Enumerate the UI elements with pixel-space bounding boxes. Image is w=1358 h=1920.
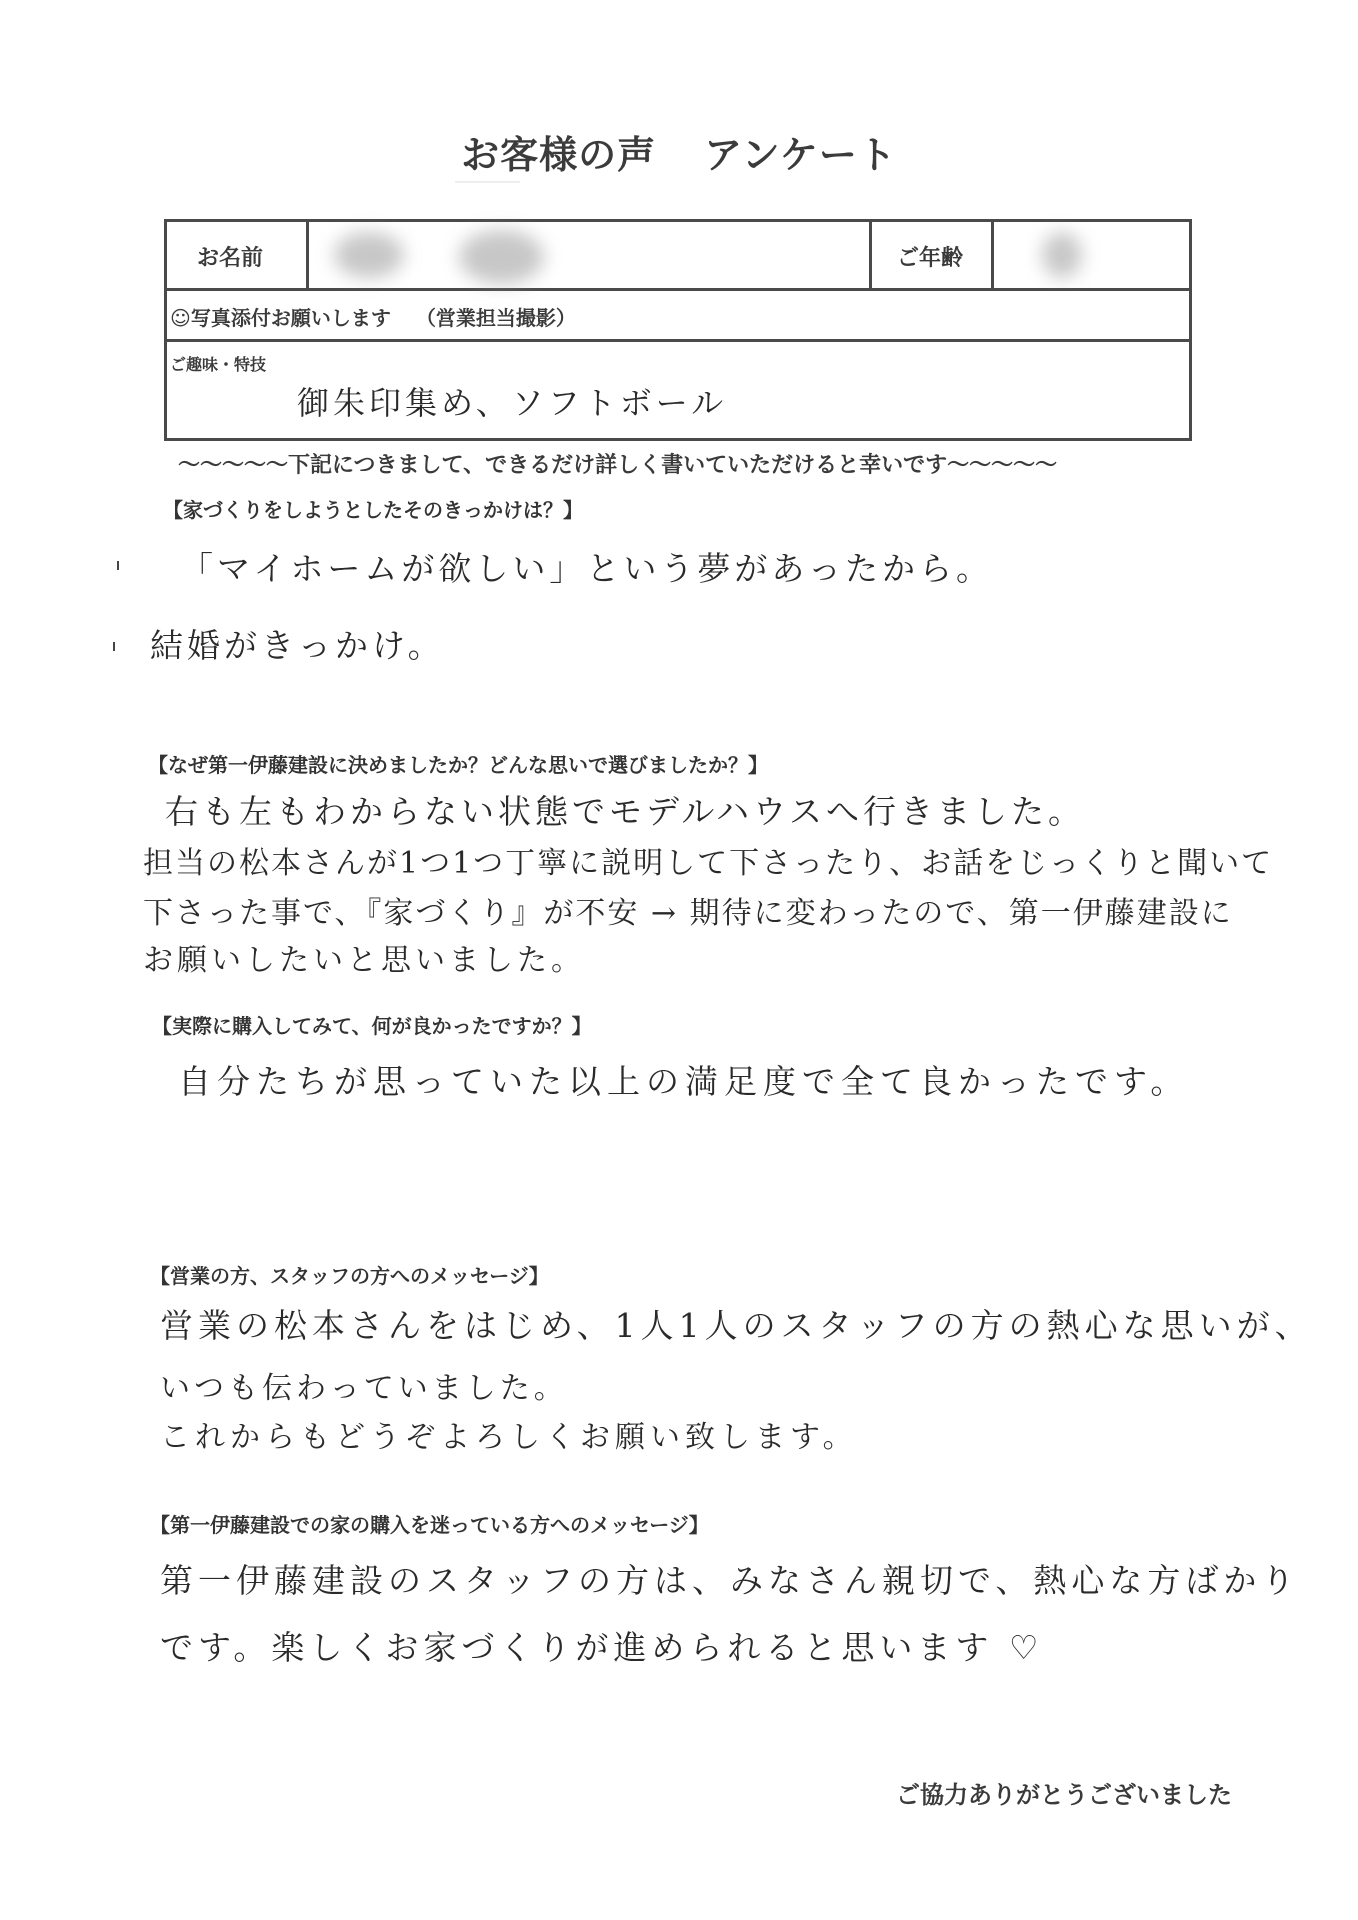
row-divider bbox=[167, 288, 1189, 291]
answer-line: これからもどうぞよろしくお願い致します。 bbox=[160, 1412, 858, 1456]
section-heading-what-was-good: 【実際に購入してみて、何が良かったですか？】 bbox=[152, 1010, 592, 1039]
photo-request-note: ☺写真添付お願いします （営業担当撮影） bbox=[170, 302, 576, 331]
column-divider bbox=[869, 222, 872, 288]
thank-you-footer: ご協力ありがとうございました bbox=[896, 1775, 1232, 1810]
bullet-mark bbox=[113, 642, 115, 651]
section-heading-message-to-staff: 【営業の方、スタッフの方へのメッセージ】 bbox=[150, 1260, 549, 1289]
age-label: ご年齢 bbox=[897, 241, 963, 272]
answer-line: 第一伊藤建設のスタッフの方は、みなさん親切で、熱心な方ばかり bbox=[160, 1555, 1299, 1602]
hobby-value: 御朱印集め、ソフトボール bbox=[297, 378, 727, 424]
redacted-age bbox=[1042, 232, 1082, 278]
section-heading-motivation: 【家づくりをしようとしたそのきっかけは？】 bbox=[163, 494, 583, 523]
answer-line: 「マイホームが欲しい」という夢があったから。 bbox=[180, 543, 993, 590]
age-field[interactable] bbox=[994, 222, 1189, 288]
bullet-mark bbox=[117, 561, 119, 570]
title-customer-voice: お客様の声 bbox=[461, 133, 656, 177]
survey-title: お客様の声アンケート bbox=[0, 124, 1358, 179]
section-heading-message-to-prospects: 【第一伊藤建設での家の購入を迷っている方へのメッセージ】 bbox=[150, 1509, 709, 1538]
section-heading-why-chosen: 【なぜ第一伊藤建設に決めましたか？どんな思いで選びましたか？】 bbox=[148, 749, 768, 778]
answer-line: 右も左もわからない状態でモデルハウスへ行きました。 bbox=[165, 786, 1085, 833]
answer-line: 結婚がきっかけ。 bbox=[150, 620, 445, 667]
photo-note-label: ☺写真添付お願いします bbox=[170, 306, 391, 330]
redacted-name-part bbox=[459, 230, 544, 284]
photo-note-sub: （営業担当撮影） bbox=[416, 306, 576, 330]
customer-info-form: お名前 ご年齢 ☺写真添付お願いします （営業担当撮影） ご趣味・特技 御朱印集… bbox=[164, 219, 1192, 441]
answer-line: です。楽しくお家づくりが進められると思います ♡ bbox=[160, 1622, 1043, 1669]
answer-line: 自分たちが思っていた以上の満足度で全て良かったです。 bbox=[178, 1056, 1189, 1103]
name-field[interactable] bbox=[309, 222, 869, 288]
answer-line: お願いしたいと思いました。 bbox=[143, 935, 585, 979]
answer-line: 営業の松本さんをはじめ、1人1人のスタッフの方の熱心な思いが、 bbox=[160, 1300, 1313, 1347]
answer-line: いつも伝わっていました。 bbox=[160, 1363, 568, 1407]
hobby-field[interactable]: 御朱印集め、ソフトボール bbox=[167, 342, 1189, 438]
name-label: お名前 bbox=[197, 241, 263, 272]
answer-line: 担当の松本さんが1つ1つ丁寧に説明して下さったり、お話をじっくりと聞いて bbox=[143, 838, 1273, 882]
redacted-name-part bbox=[334, 232, 404, 278]
scan-artifact bbox=[455, 181, 520, 183]
title-questionnaire: アンケート bbox=[704, 133, 897, 177]
answer-line: 下さった事で、『家づくり』が不安 → 期待に変わったので、第一伊藤建設に bbox=[143, 888, 1233, 932]
instruction-text: 〜〜〜〜〜下記につきまして、できるだけ詳しく書いていただけると幸いです〜〜〜〜〜 bbox=[178, 448, 1057, 479]
